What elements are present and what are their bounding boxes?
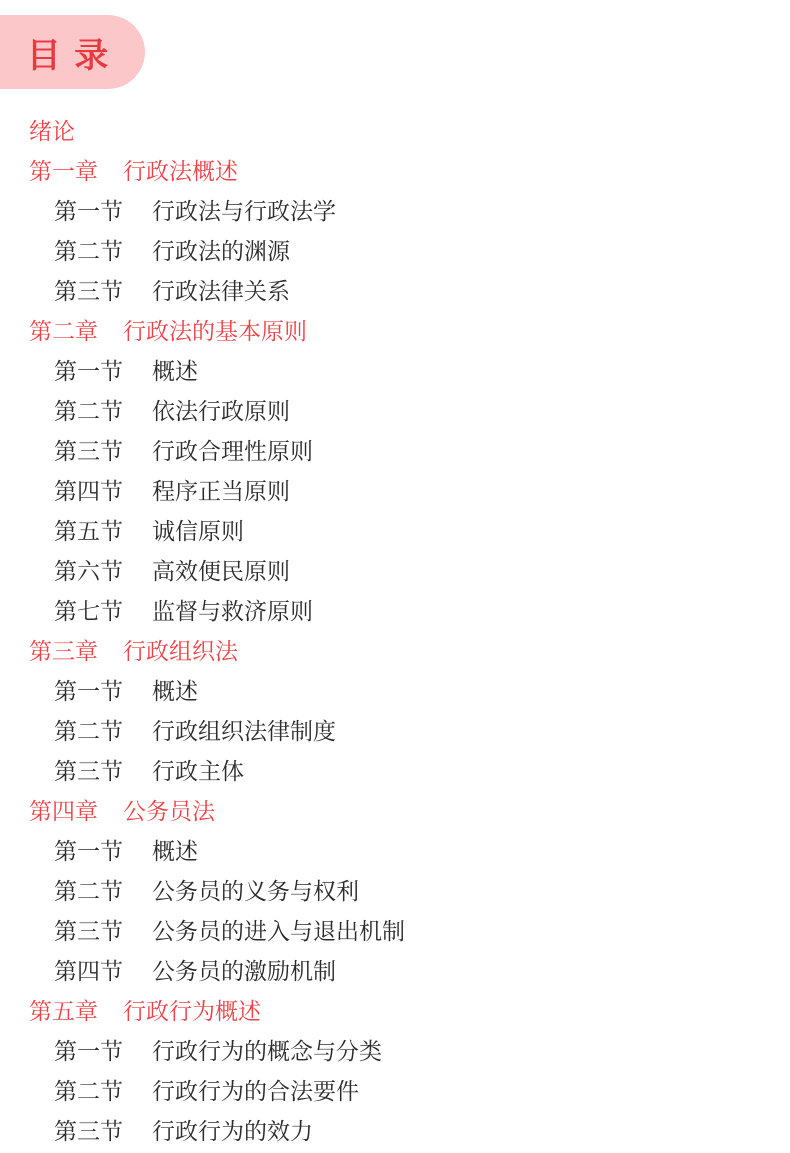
toc-entry-title: 行政行为的效力 xyxy=(152,1111,313,1151)
toc-entry-title: 诚信原则 xyxy=(152,511,244,551)
toc-entry-title: 行政法概述 xyxy=(123,151,238,191)
toc-entry-number: 第五节 xyxy=(54,511,123,551)
toc-section-row[interactable]: 第二节 行政组织法律制度 xyxy=(0,711,790,751)
toc-section-row[interactable]: 第三节 行政主体 xyxy=(0,751,790,791)
toc-entry-title: 程序正当原则 xyxy=(152,471,290,511)
toc-section-row[interactable]: 第二节 依法行政原则 xyxy=(0,391,790,431)
toc-entry-number: 第三节 xyxy=(54,271,123,311)
toc-entry-title: 行政主体 xyxy=(152,751,244,791)
toc-entry-number: 第二节 xyxy=(54,1071,123,1111)
toc-list: 绪论 第一章 行政法概述 第一节 行政法与行政法学 第二节 行政法的渊源 第三节… xyxy=(0,111,790,1151)
toc-section-row[interactable]: 第二节 公务员的义务与权利 xyxy=(0,871,790,911)
toc-entry-title: 绪论 xyxy=(29,111,75,151)
toc-entry-title: 行政行为概述 xyxy=(123,991,261,1031)
toc-section-row[interactable]: 第七节 监督与救济原则 xyxy=(0,591,790,631)
toc-section-row[interactable]: 第一节 概述 xyxy=(0,351,790,391)
toc-section-row[interactable]: 第三节 行政合理性原则 xyxy=(0,431,790,471)
toc-entry-title: 公务员的进入与退出机制 xyxy=(152,911,405,951)
toc-entry-number: 第二节 xyxy=(54,871,123,911)
toc-section-row[interactable]: 第三节 行政行为的效力 xyxy=(0,1111,790,1151)
toc-entry-number: 第二章 xyxy=(29,311,98,351)
toc-section-row[interactable]: 第一节 概述 xyxy=(0,831,790,871)
toc-chapter-row[interactable]: 第二章 行政法的基本原则 xyxy=(0,311,790,351)
toc-chapter-row[interactable]: 第五章 行政行为概述 xyxy=(0,991,790,1031)
toc-section-row[interactable]: 第一节 概述 xyxy=(0,671,790,711)
toc-section-row[interactable]: 第二节 行政行为的合法要件 xyxy=(0,1071,790,1111)
toc-section-row[interactable]: 第三节 行政法律关系 xyxy=(0,271,790,311)
toc-chapter-row[interactable]: 第三章 行政组织法 xyxy=(0,631,790,671)
toc-entry-number: 第三节 xyxy=(54,1111,123,1151)
toc-entry-number: 第五章 xyxy=(29,991,98,1031)
toc-section-row[interactable]: 第二节 行政法的渊源 xyxy=(0,231,790,271)
toc-entry-title: 概述 xyxy=(152,671,198,711)
toc-section-row[interactable]: 第四节 程序正当原则 xyxy=(0,471,790,511)
toc-entry-number: 第三节 xyxy=(54,751,123,791)
toc-entry-number: 第四章 xyxy=(29,791,98,831)
toc-entry-number: 第一节 xyxy=(54,1031,123,1071)
toc-entry-number: 第一节 xyxy=(54,671,123,711)
toc-entry-title: 概述 xyxy=(152,831,198,871)
toc-entry-number: 第三章 xyxy=(29,631,98,671)
toc-entry-number: 第四节 xyxy=(54,471,123,511)
toc-entry-title: 依法行政原则 xyxy=(152,391,290,431)
toc-section-row[interactable]: 第五节 诚信原则 xyxy=(0,511,790,551)
toc-entry-title: 行政行为的合法要件 xyxy=(152,1071,359,1111)
toc-entry-title: 行政行为的概念与分类 xyxy=(152,1031,382,1071)
toc-entry-number: 第一节 xyxy=(54,831,123,871)
toc-entry-number: 第三节 xyxy=(54,431,123,471)
toc-section-row[interactable]: 第三节 公务员的进入与退出机制 xyxy=(0,911,790,951)
toc-section-row[interactable]: 第六节 高效便民原则 xyxy=(0,551,790,591)
toc-entry-number: 第一章 xyxy=(29,151,98,191)
toc-entry-title: 高效便民原则 xyxy=(152,551,290,591)
toc-entry-title: 行政法的渊源 xyxy=(152,231,290,271)
toc-entry-title: 公务员的义务与权利 xyxy=(152,871,359,911)
toc-entry-number: 第六节 xyxy=(54,551,123,591)
toc-header-badge-label: 目 录 xyxy=(27,28,110,77)
toc-section-row[interactable]: 第一节 行政法与行政法学 xyxy=(0,191,790,231)
toc-entry-number: 第七节 xyxy=(54,591,123,631)
toc-entry-title: 行政法的基本原则 xyxy=(123,311,307,351)
toc-entry-title: 公务员的激励机制 xyxy=(152,951,336,991)
toc-entry-title: 行政合理性原则 xyxy=(152,431,313,471)
toc-entry-title: 概述 xyxy=(152,351,198,391)
toc-entry-title: 行政组织法律制度 xyxy=(152,711,336,751)
toc-entry-title: 行政法与行政法学 xyxy=(152,191,336,231)
toc-entry-number: 第二节 xyxy=(54,231,123,271)
toc-entry-title: 监督与救济原则 xyxy=(152,591,313,631)
toc-chapter-row[interactable]: 绪论 xyxy=(0,111,790,151)
toc-entry-number: 第二节 xyxy=(54,711,123,751)
toc-section-row[interactable]: 第四节 公务员的激励机制 xyxy=(0,951,790,991)
toc-entry-number: 第三节 xyxy=(54,911,123,951)
toc-entry-number: 第四节 xyxy=(54,951,123,991)
toc-chapter-row[interactable]: 第一章 行政法概述 xyxy=(0,151,790,191)
toc-entry-title: 行政组织法 xyxy=(123,631,238,671)
toc-header-badge: 目 录 xyxy=(0,15,145,89)
toc-entry-title: 行政法律关系 xyxy=(152,271,290,311)
toc-section-row[interactable]: 第一节 行政行为的概念与分类 xyxy=(0,1031,790,1071)
toc-entry-number: 第一节 xyxy=(54,191,123,231)
toc-entry-number: 第一节 xyxy=(54,351,123,391)
toc-entry-title: 公务员法 xyxy=(123,791,215,831)
toc-chapter-row[interactable]: 第四章 公务员法 xyxy=(0,791,790,831)
toc-entry-number: 第二节 xyxy=(54,391,123,431)
